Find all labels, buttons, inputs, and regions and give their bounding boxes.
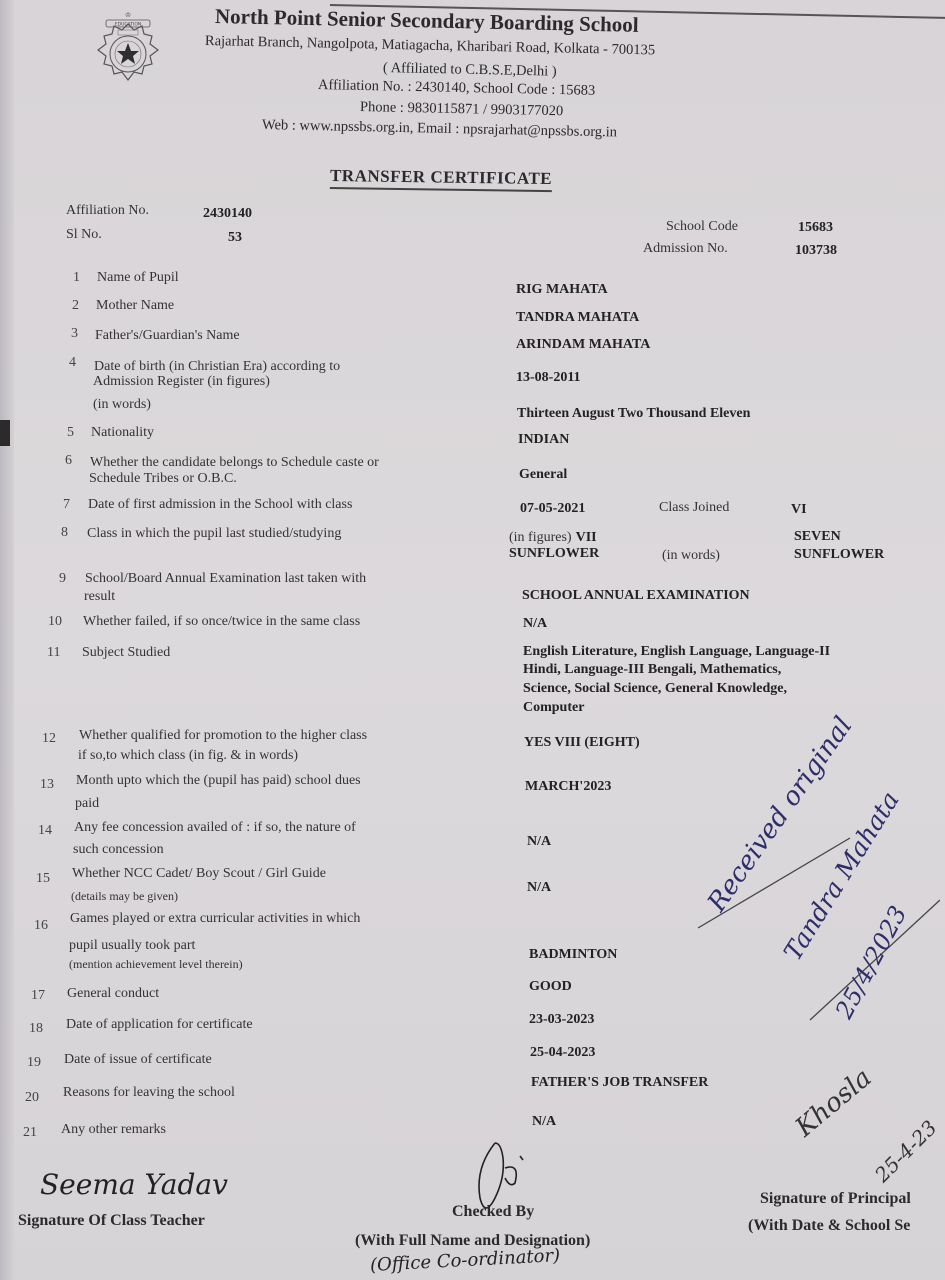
field-number: 14 — [38, 823, 52, 839]
field-number: 13 — [40, 777, 54, 793]
field-label: result — [84, 589, 115, 605]
field-number: 15 — [36, 871, 50, 887]
field-label: School/Board Annual Examination last tak… — [85, 571, 366, 587]
field-label: Date of birth (in Christian Era) accordi… — [94, 359, 340, 375]
admission-no-label: Admission No. — [643, 241, 728, 257]
field-label: Any fee concession availed of : if so, t… — [74, 820, 356, 836]
field-label: Date of first admission in the School wi… — [88, 497, 352, 513]
field-number: 5 — [67, 425, 74, 441]
field-label: Name of Pupil — [97, 270, 179, 286]
field-number: 10 — [48, 614, 62, 630]
field-number: 18 — [29, 1021, 43, 1037]
field-value: 13-08-2011 — [516, 370, 581, 386]
certificate-title: TRANSFER CERTIFICATE — [330, 166, 552, 192]
field-value: Hindi, Language-III Bengali, Mathematics… — [523, 662, 781, 678]
class-teacher-label: Signature Of Class Teacher — [18, 1212, 205, 1230]
field-value: ARINDAM MAHATA — [516, 337, 650, 353]
field-value: RIG MAHATA — [516, 282, 608, 298]
field-number: 8 — [61, 525, 68, 541]
section-words-value: SUNFLOWER — [794, 547, 884, 563]
field-value: BADMINTON — [529, 947, 617, 963]
field-number: 17 — [31, 988, 45, 1004]
field-number: 19 — [27, 1055, 41, 1071]
school-code-value: 15683 — [798, 220, 833, 236]
field-label: pupil usually took part — [69, 938, 195, 954]
checked-by-label: Checked By — [452, 1203, 534, 1221]
field-number: 7 — [63, 497, 70, 513]
field-label: Subject Studied — [82, 645, 170, 661]
school-crest-star-icon: EDUCATION ♔ — [92, 10, 164, 92]
field-number: 12 — [42, 731, 56, 747]
field-value: Science, Social Science, General Knowled… — [523, 681, 787, 697]
field-value: General — [519, 467, 567, 483]
field-value: Computer — [523, 700, 584, 716]
in-figures-value: VII — [576, 530, 597, 545]
field-label: Father's/Guardian's Name — [95, 328, 240, 344]
field-value: English Literature, English Language, La… — [523, 644, 830, 660]
principal-label: Signature of Principal — [760, 1190, 911, 1208]
class-joined-value: VI — [791, 502, 807, 518]
sl-no-value: 53 — [228, 230, 242, 246]
svg-text:EDUCATION: EDUCATION — [115, 22, 141, 28]
in-words-label: (in words) — [662, 548, 720, 564]
field-number: 11 — [47, 645, 60, 661]
field-value: YES VIII (EIGHT) — [524, 735, 640, 751]
field-label: Whether failed, if so once/twice in the … — [83, 614, 360, 630]
field-label: General conduct — [67, 986, 159, 1002]
field-value: N/A — [532, 1114, 556, 1130]
field-value: Thirteen August Two Thousand Eleven — [517, 406, 750, 422]
in-words-value: SEVEN — [794, 529, 841, 545]
field-value: GOOD — [529, 979, 572, 995]
admission-no-value: 103738 — [795, 243, 837, 259]
affiliation-no-value: 2430140 — [203, 206, 252, 222]
field-value: N/A — [527, 834, 551, 850]
in-figures-label: (in figures) — [509, 530, 572, 545]
class-joined-label: Class Joined — [659, 500, 729, 516]
field-number: 6 — [65, 453, 72, 469]
field-value: 23-03-2023 — [529, 1012, 594, 1028]
field-label: (in words) — [93, 397, 151, 413]
binder-mark — [0, 420, 10, 446]
field-value: N/A — [527, 880, 551, 896]
in-figures: (in figures) VII — [509, 528, 597, 546]
field-label: Whether qualified for promotion to the h… — [79, 728, 367, 744]
field-number: 3 — [71, 326, 78, 342]
affiliation-no-label: Affiliation No. — [66, 203, 149, 219]
school-code-label: School Code — [666, 219, 738, 235]
field-note: (details may be given) — [71, 889, 178, 904]
field-value: INDIAN — [518, 432, 569, 448]
field-label: Admission Register (in figures) — [93, 374, 270, 390]
field-label: Any other remarks — [61, 1122, 166, 1138]
field-label: Whether NCC Cadet/ Boy Scout / Girl Guid… — [72, 866, 326, 882]
field-label: such concession — [73, 842, 164, 858]
field-value: 25-04-2023 — [530, 1045, 595, 1061]
field-label: Date of issue of certificate — [64, 1052, 212, 1068]
class-teacher-signature: Seema Yadav — [40, 1168, 228, 1201]
field-number: 21 — [23, 1125, 37, 1141]
handwritten-receipt-note: Received original Tandra Mahata 25/4/202… — [690, 780, 940, 1030]
sl-no-label: Sl No. — [66, 227, 102, 243]
field-value: MARCH'2023 — [525, 779, 611, 795]
field-number: 20 — [25, 1090, 39, 1106]
field-label: Mother Name — [96, 298, 174, 314]
field-value: N/A — [523, 616, 547, 632]
field-number: 2 — [72, 298, 79, 314]
field-label: paid — [75, 796, 99, 812]
page-edge — [0, 0, 14, 1280]
field-number: 16 — [34, 918, 48, 934]
field-number: 4 — [69, 355, 76, 371]
field-value: FATHER'S JOB TRANSFER — [531, 1075, 708, 1091]
field-label: Nationality — [91, 425, 154, 441]
field-label: Whether the candidate belongs to Schedul… — [90, 455, 379, 471]
field-label: if so,to which class (in fig. & in words… — [78, 748, 298, 764]
field-label: Month upto which the (pupil has paid) sc… — [76, 773, 361, 789]
field-label: Schedule Tribes or O.B.C. — [89, 471, 237, 487]
svg-text:♔: ♔ — [125, 11, 131, 19]
field-label: Class in which the pupil last studied/st… — [87, 526, 341, 542]
field-label: Date of application for certificate — [66, 1017, 253, 1033]
field-value: TANDRA MAHATA — [516, 310, 639, 326]
field-note: (mention achievement level therein) — [69, 957, 243, 972]
principal-subtitle: (With Date & School Se — [748, 1217, 910, 1235]
field-number: 9 — [59, 571, 66, 587]
affiliated-board: ( Affiliated to C.B.S.E,Delhi ) — [383, 60, 557, 81]
field-label: Reasons for leaving the school — [63, 1085, 235, 1101]
field-value: SCHOOL ANNUAL EXAMINATION — [522, 588, 750, 604]
field-number: 1 — [73, 270, 80, 286]
section-value: SUNFLOWER — [509, 546, 599, 562]
field-label: Games played or extra curricular activit… — [70, 911, 360, 927]
field-value: 07-05-2021 — [520, 501, 585, 517]
